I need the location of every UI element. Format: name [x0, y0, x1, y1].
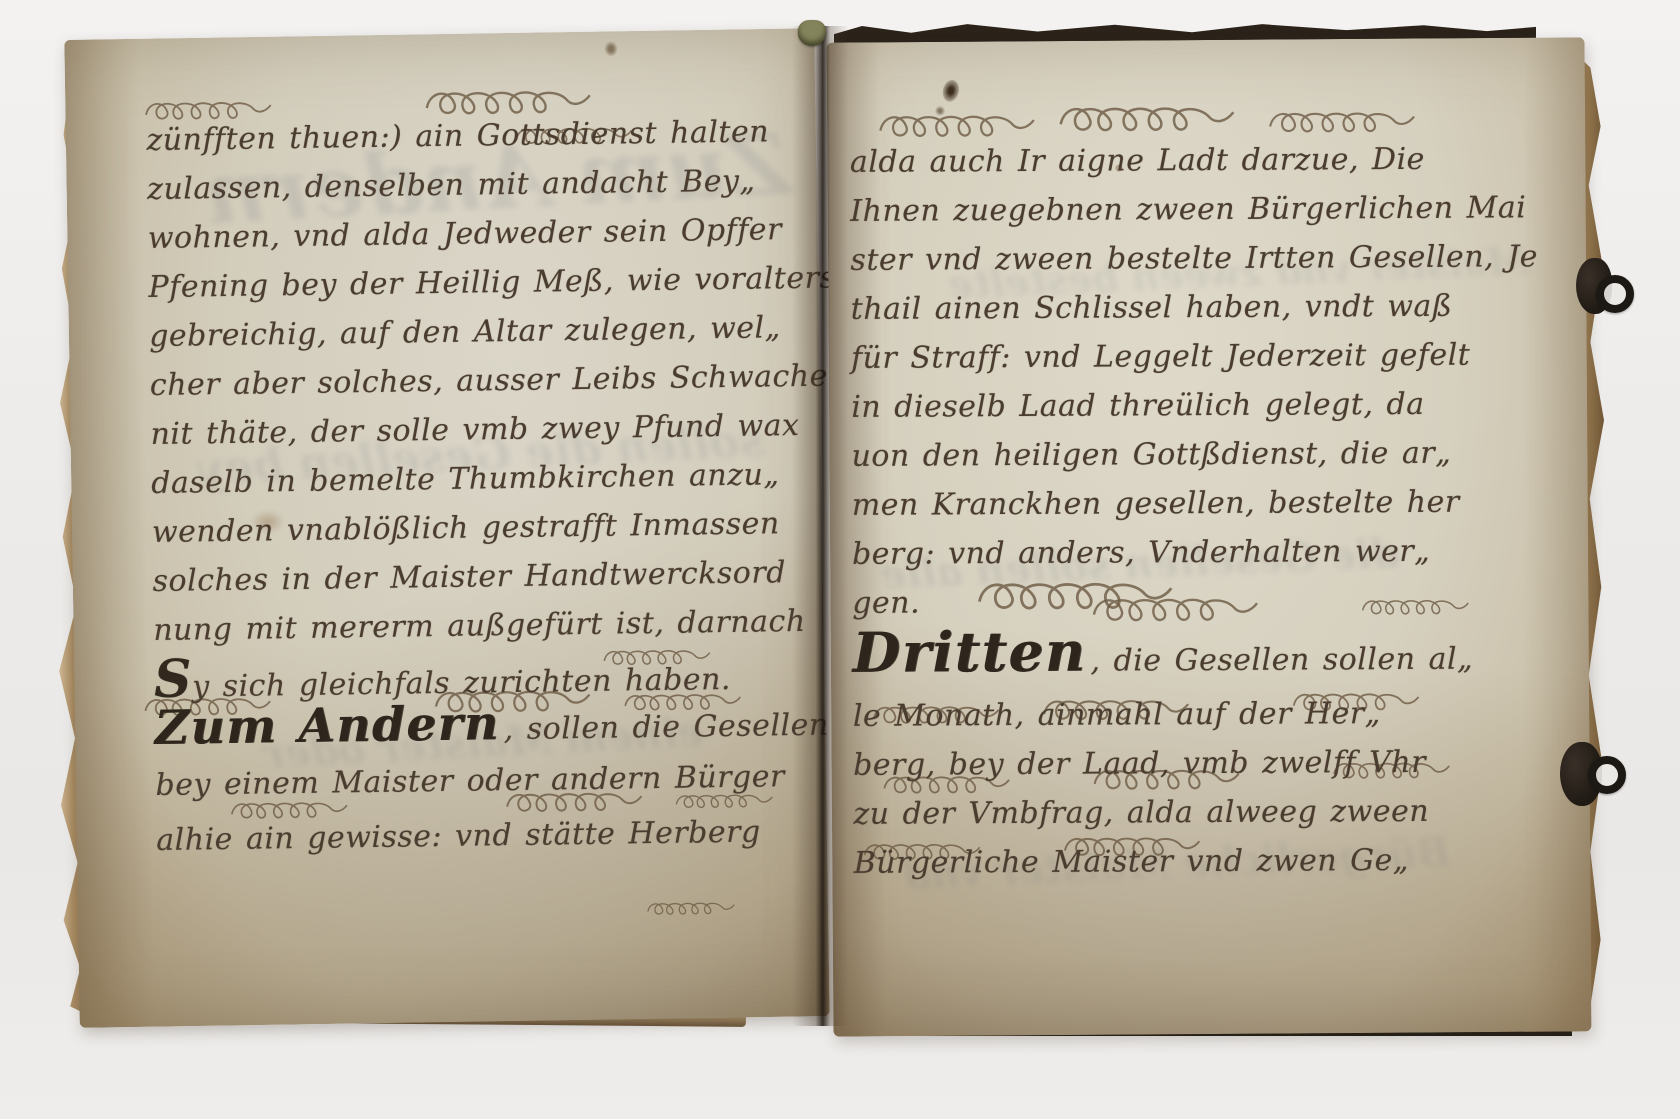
manuscript-line: berg: vnd anders, Vnderhalten wer„ — [852, 526, 1540, 579]
manuscript-line: berg, bey der Laad, vmb zwelff Vhr — [853, 737, 1541, 790]
manuscript-line: uon den heiligen Gottßdienst, die ar„ — [851, 428, 1539, 481]
manuscript-line: nung mit mererm außgefürt ist, darnach — [153, 596, 854, 655]
flourish-ornament-icon — [877, 107, 1037, 140]
right-page: Maister vnd zween bestelte die Gesellen … — [827, 37, 1592, 1036]
manuscript-line: alhie ain gewisse: vnd stätte Herberg — [156, 806, 857, 865]
manuscript-line: men Kranckhen gesellen, bestelte her — [852, 477, 1540, 530]
manuscript-line: Ihnen zuegebnen zween Bürgerlichen Mai — [850, 183, 1538, 236]
photo-background: Zum Andern sollen die Gesellen bey einem… — [0, 0, 1680, 1119]
manuscript-line: ster vnd zween bestelte Irtten Gesellen,… — [850, 232, 1538, 285]
manuscript-line: thail ainen Schlissel haben, vndt waß — [851, 281, 1539, 334]
heading-rest: , sollen die Gesellen — [503, 708, 829, 748]
book-clasp-top — [1576, 248, 1646, 320]
clasp-ring-icon — [1596, 275, 1634, 313]
heading-lead: Dritten — [852, 619, 1086, 685]
ink-stain — [941, 78, 962, 103]
manuscript-line: zu der Vmbfrag, alda alweeg zween — [853, 786, 1541, 839]
right-page-text: alda auch Ir aigne Ladt darzue, Die Ihne… — [850, 134, 1541, 888]
book-clasp-bottom — [1560, 730, 1638, 810]
left-page-text: zünfften thuen:) ain Gottsdienst halten … — [146, 106, 857, 865]
section-heading-dritten: Dritten, die Gesellen sollen al„ — [852, 624, 1540, 677]
manuscript-line: für Straff: vnd Leggelt Jederzeit gefelt — [851, 330, 1539, 383]
left-page: Zum Andern sollen die Gesellen bey einem… — [64, 28, 829, 1028]
flourish-ornament-icon — [1057, 98, 1237, 135]
clasp-ring-icon — [1588, 756, 1626, 794]
manuscript-line: alda auch Ir aigne Ladt darzue, Die — [850, 134, 1538, 187]
manuscript-line: in dieselb Laad threülich gelegt, da — [851, 379, 1539, 432]
manuscript-line: bey einem Maister oder andern Bürger — [155, 751, 856, 810]
section-heading-zum-andern: Zum Andern, sollen die Gesellen — [154, 694, 855, 753]
manuscript-line: Bürgerliche Maister vnd zwen Ge„ — [854, 835, 1542, 888]
manuscript-line: le Monath, ainmahl auf der Her„ — [853, 688, 1541, 741]
heading-lead: Zum Andern — [154, 696, 500, 756]
flourish-ornament-icon — [646, 898, 736, 917]
headband — [798, 20, 826, 46]
heading-rest: , die Gesellen sollen al„ — [1090, 642, 1473, 679]
flourish-ornament-icon — [1267, 105, 1417, 136]
ink-stain — [604, 41, 617, 56]
ink-stain — [935, 106, 945, 116]
